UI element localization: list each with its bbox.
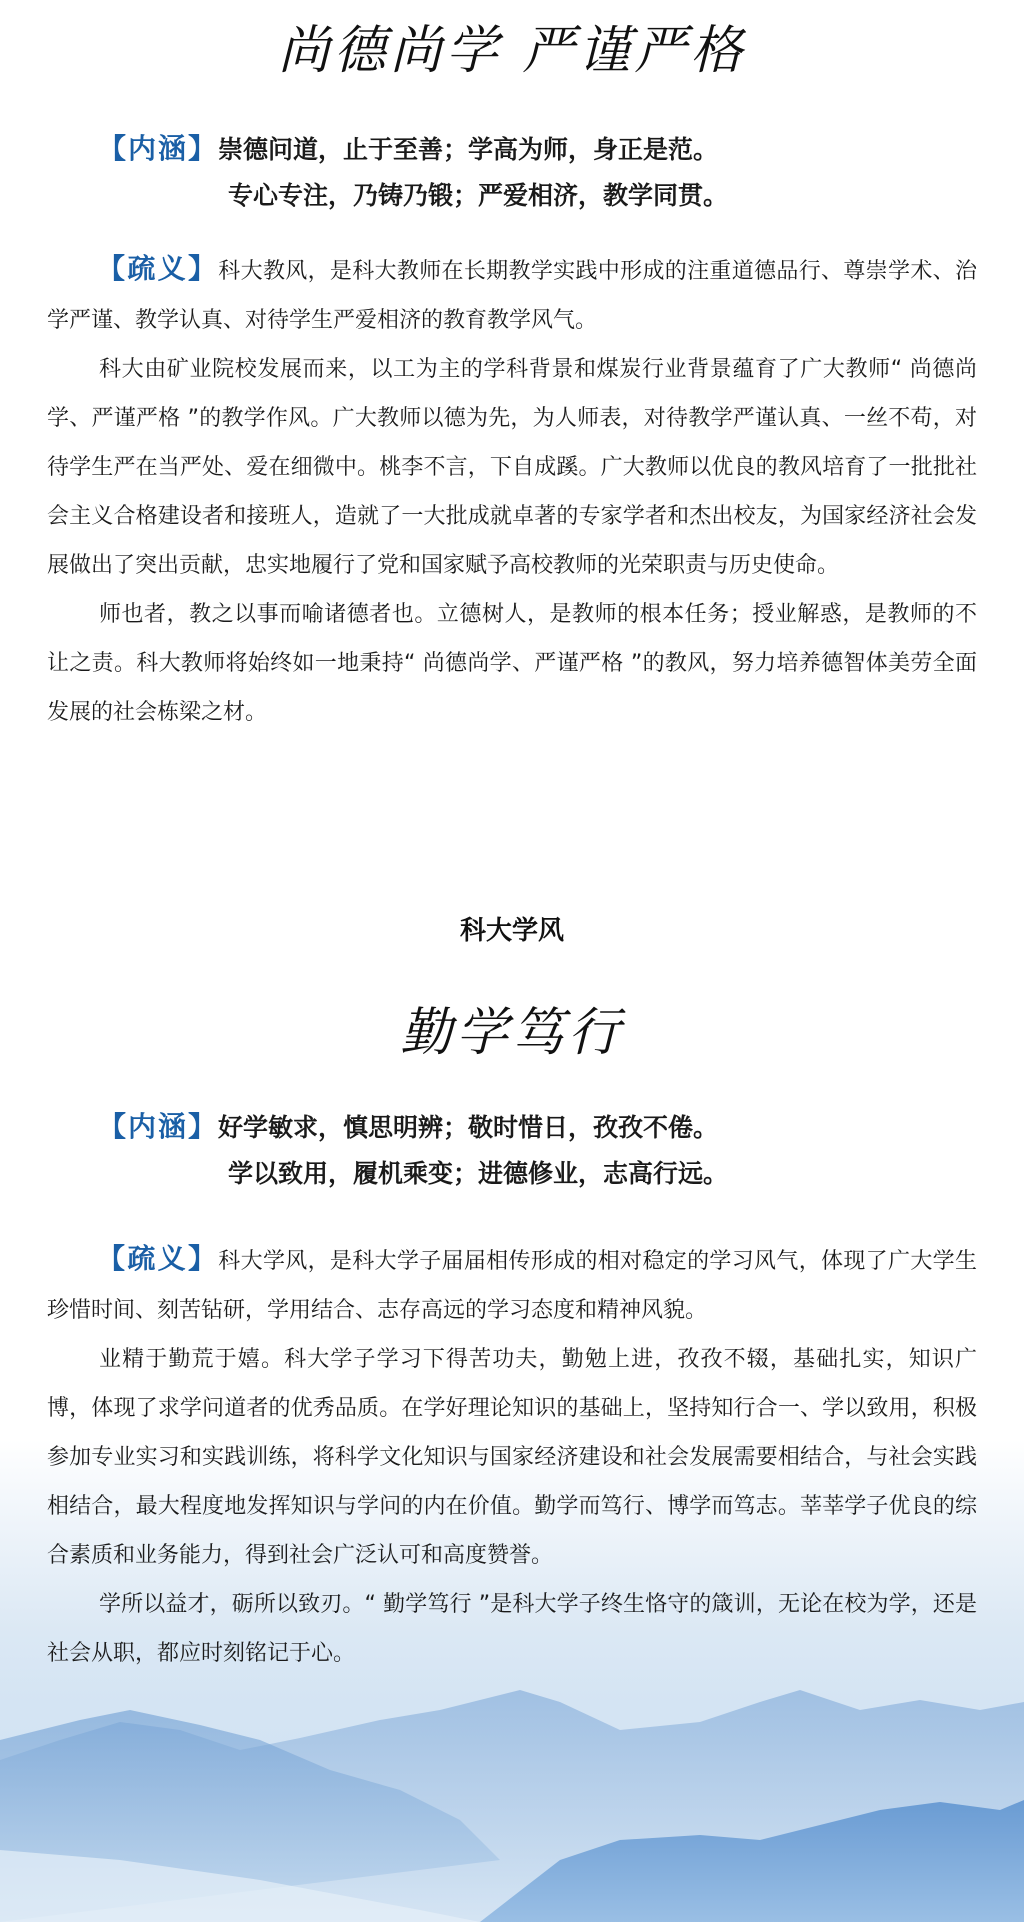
teaching-connotation: 【内涵】崇德问道，止于至善；学高为师，身正是范。 专心专注，乃铸乃锻；严爱相济，…: [98, 126, 728, 219]
connotation-line-2: 学以致用，履机乘变；进德修业，志高行远。: [98, 1151, 728, 1197]
study-paragraph-2: 业精于勤荒于嬉。科大学子学习下得苦功夫，勤勉上进，孜孜不辍，基础扎实，知识广博，…: [47, 1335, 977, 1580]
study-style-section-label: 科大学风: [0, 910, 1024, 947]
explanation-tag: 【疏义】: [97, 1242, 218, 1275]
teaching-explanation: 【疏义】科大教风，是科大教师在长期教学实践中形成的注重道德品行、尊崇学术、治学严…: [47, 244, 977, 737]
connotation-line-2: 专心专注，乃铸乃锻；严爱相济，教学同贯。: [98, 173, 728, 219]
study-connotation: 【内涵】好学敏求，慎思明辨；敬时惜日，孜孜不倦。 学以致用，履机乘变；进德修业，…: [98, 1104, 728, 1197]
connotation-line-1: 崇德问道，止于至善；学高为师，身正是范。: [218, 135, 718, 164]
teaching-style-title: 尚德尚学 严谨严格: [0, 8, 1024, 83]
connotation-line-1: 好学敏求，慎思明辨；敬时惜日，孜孜不倦。: [218, 1113, 718, 1142]
teaching-paragraph-2: 科大由矿业院校发展而来，以工为主的学科背景和煤炭行业背景蕴育了广大教师“ 尚德尚…: [47, 345, 977, 590]
study-paragraph-3: 学所以益才，砺所以致刃。“ 勤学笃行 ”是科大学子终生恪守的箴训，无论在校为学，…: [47, 1580, 977, 1678]
study-style-title: 勤学笃行: [0, 990, 1024, 1065]
teaching-paragraph-3: 师也者，教之以事而喻诸德者也。立德树人，是教师的根本任务；授业解惑，是教师的不让…: [47, 590, 977, 737]
connotation-tag: 【内涵】: [98, 1110, 218, 1143]
connotation-tag: 【内涵】: [98, 132, 218, 165]
study-explanation: 【疏义】科大学风，是科大学子届届相传形成的相对稳定的学习风气，体现了广大学生珍惜…: [47, 1234, 977, 1678]
explanation-tag: 【疏义】: [97, 252, 218, 285]
